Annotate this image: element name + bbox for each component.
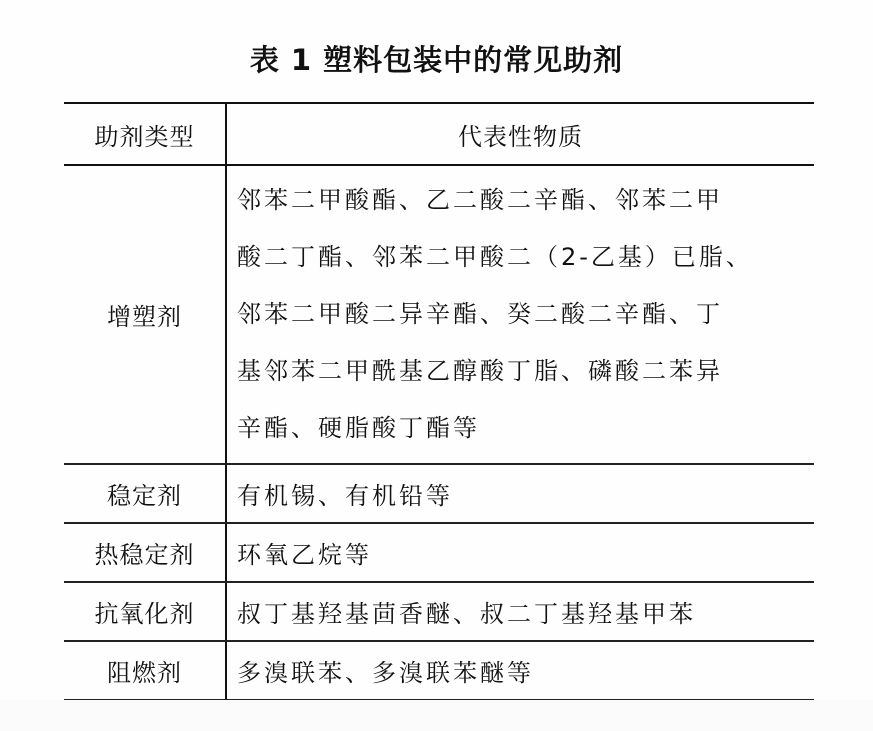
table-row: 增塑剂 邻苯二甲酸酯、乙二酸二辛酯、邻苯二甲 酸二丁酯、邻苯二甲酸二（2-乙基）… (64, 165, 814, 464)
cell-representative-substances: 有机锡、有机铅等 (226, 464, 814, 523)
table-header-row: 助剂类型 代表性物质 (64, 103, 814, 165)
cell-additive-type: 阻燃剂 (64, 641, 226, 700)
substance-line: 基邻苯二甲酰基乙醇酸丁脂、磷酸二苯异 (237, 343, 814, 400)
substance-line: 酸二丁酯、邻苯二甲酸二（2-乙基）已脂、 (237, 229, 814, 286)
cell-additive-type: 热稳定剂 (64, 523, 226, 582)
table-row: 抗氧化剂 叔丁基羟基茴香醚、叔二丁基羟基甲苯 (64, 582, 814, 641)
table-row: 稳定剂 有机锡、有机铅等 (64, 464, 814, 523)
additives-table: 助剂类型 代表性物质 增塑剂 邻苯二甲酸酯、乙二酸二辛酯、邻苯二甲 酸二丁酯、邻… (64, 102, 814, 701)
cell-representative-substances: 环氧乙烷等 (226, 523, 814, 582)
header-additive-type: 助剂类型 (64, 103, 226, 165)
table-row: 热稳定剂 环氧乙烷等 (64, 523, 814, 582)
additives-table-container: 助剂类型 代表性物质 增塑剂 邻苯二甲酸酯、乙二酸二辛酯、邻苯二甲 酸二丁酯、邻… (64, 102, 814, 701)
page-bottom-margin (0, 700, 873, 731)
table-row: 阻燃剂 多溴联苯、多溴联苯醚等 (64, 641, 814, 700)
document-page: 表 1 塑料包装中的常见助剂 助剂类型 代表性物质 增塑剂 邻苯二甲酸酯、乙二酸… (0, 0, 873, 731)
cell-representative-substances: 叔丁基羟基茴香醚、叔二丁基羟基甲苯 (226, 582, 814, 641)
substance-line: 邻苯二甲酸酯、乙二酸二辛酯、邻苯二甲 (237, 172, 814, 229)
table-title: 表 1 塑料包装中的常见助剂 (0, 38, 873, 79)
substance-line: 辛酯、硬脂酸丁酯等 (237, 400, 814, 457)
header-representative-substances: 代表性物质 (226, 103, 814, 165)
cell-additive-type: 抗氧化剂 (64, 582, 226, 641)
cell-additive-type: 增塑剂 (64, 165, 226, 464)
cell-additive-type: 稳定剂 (64, 464, 226, 523)
cell-representative-substances: 多溴联苯、多溴联苯醚等 (226, 641, 814, 700)
substance-line: 邻苯二甲酸二异辛酯、癸二酸二辛酯、丁 (237, 286, 814, 343)
cell-representative-substances: 邻苯二甲酸酯、乙二酸二辛酯、邻苯二甲 酸二丁酯、邻苯二甲酸二（2-乙基）已脂、 … (226, 165, 814, 464)
